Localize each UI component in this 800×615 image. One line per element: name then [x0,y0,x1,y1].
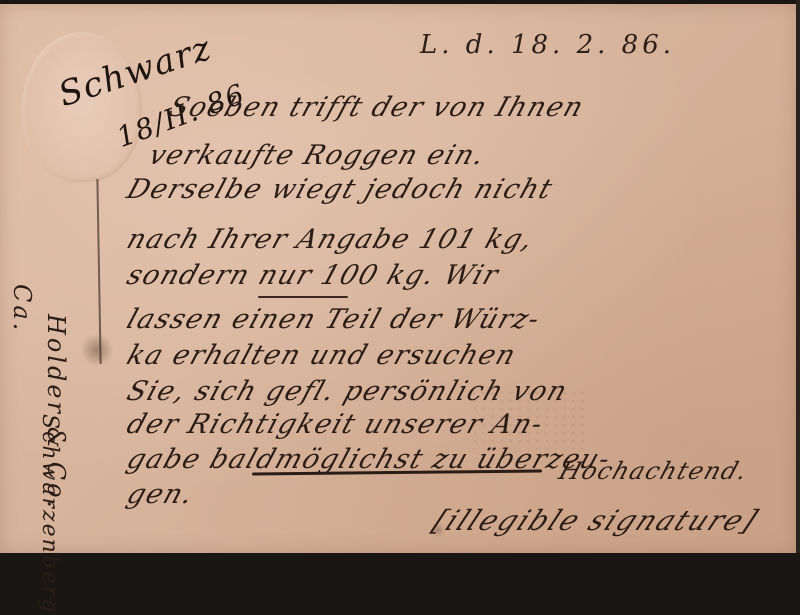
left-margin-text: Ca. [8,284,36,333]
signature: [illegible signature] [427,504,764,537]
scan-edge [796,0,800,553]
body-line: der Richtigkeit unserer An- [123,409,548,440]
body-line: Soeben trifft der von Ihnen [165,92,588,123]
body-line: gen. [123,479,198,510]
body-line: nach Ihrer Angabe 101 kg, [123,224,538,255]
header-date: L. d. 18. 2. 86. [420,30,675,60]
postcard: L. d. 18. 2. 86. Schwarz 18/II. 86 Soebe… [0,4,796,553]
body-line: lassen einen Teil der Würz- [123,304,545,335]
closing: Hochachtend. [555,457,752,485]
ink-stain [80,334,114,366]
left-margin-text: Schwarzenberg [37,414,62,553]
underline-kg [258,296,348,298]
body-line: sondern nur 100 kg. Wir [123,260,503,291]
body-line: Derselbe wiegt jedoch nicht [123,174,557,205]
body-line: ka erhalten und ersuchen [123,340,521,371]
body-line: Sie, sich gefl. persönlich von [123,376,572,407]
body-line: verkaufte Roggen ein. [145,140,490,171]
